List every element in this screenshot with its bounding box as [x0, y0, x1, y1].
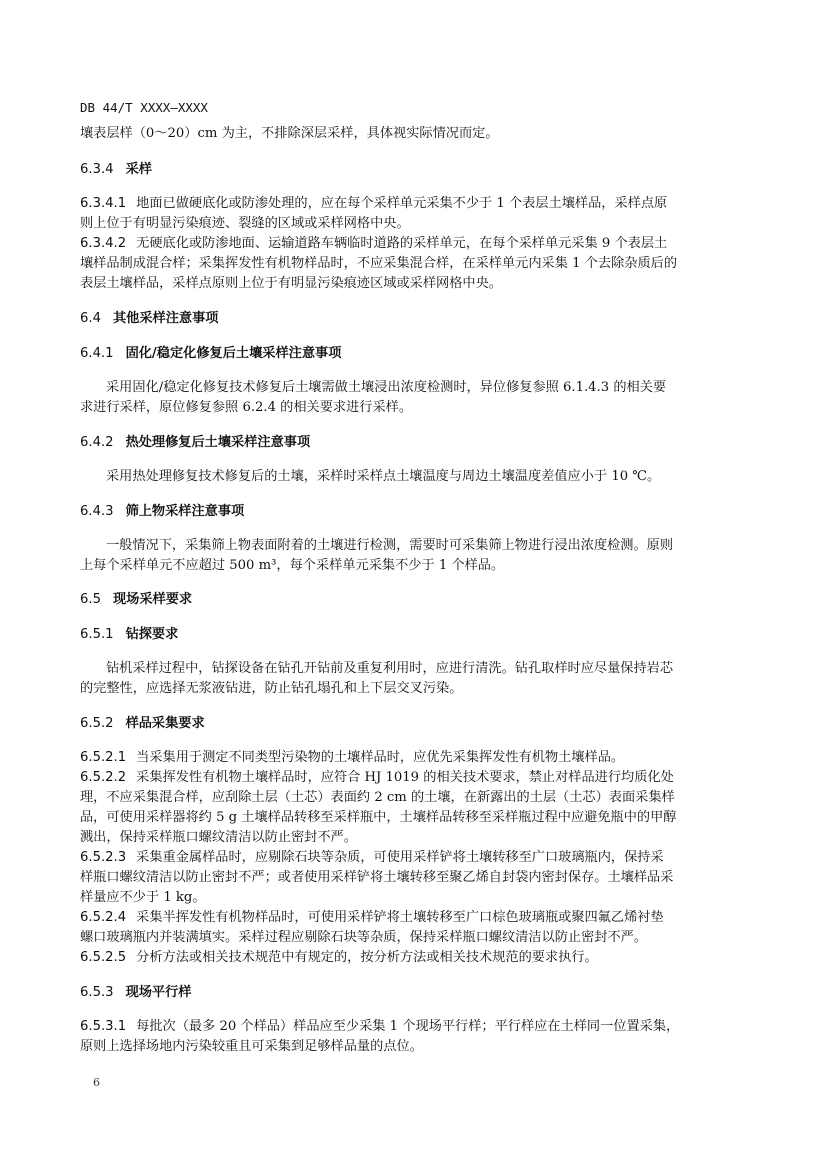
line-text: 求进行采样，原位修复参照 6.2.4 的相关要求进行采样。 [80, 400, 412, 415]
paragraph-line: 壤表层样（0～20）cm 为主，不排除深层采样，具体视实际情况而定。 [80, 124, 730, 144]
section-heading: 6.5.2样品采集要求 [80, 714, 730, 734]
paragraph-line: 6.5.3.1每批次（最多 20 个样品）样品应至少采集 1 个现场平行样；平行… [80, 1017, 730, 1037]
clause-number: 6.5 [80, 592, 101, 607]
clause-number: 6.5.2.2 [80, 770, 126, 785]
line-text: 一般情况下，采集筛上物表面附着的土壤进行检测，需要时可采集筛上物进行浸出浓度检测… [106, 538, 673, 553]
line-text: 壤表层样（0～20）cm 为主，不排除深层采样，具体视实际情况而定。 [80, 126, 499, 141]
clause-number: 6.4.1 [80, 346, 114, 361]
line-text: 理，不应采集混合样，应刮除土层（土芯）表面约 2 cm 的土壤，在新露出的土层（… [80, 790, 675, 805]
paragraph-line: 采用热处理修复技术修复后的土壤，采样时采样点土壤温度与周边土壤温度差值应小于 1… [80, 467, 730, 487]
page-number: 6 [93, 1076, 100, 1089]
section-heading: 6.5现场采样要求 [80, 590, 730, 610]
line-text: 溅出，保持采样瓶口螺纹清洁以防止密封不严。 [80, 830, 357, 845]
clause-number: 6.4.3 [80, 504, 114, 519]
paragraph-line: 6.3.4.2无硬底化或防渗地面、运输道路车辆临时道路的采样单元，在每个采样单元… [80, 234, 730, 254]
paragraph-line: 表层土壤样品，采样点原则上位于有明显污染痕迹区域或采样网格中央。 [80, 274, 730, 294]
heading-text: 现场采样要求 [113, 592, 192, 607]
line-text: 采集挥发性有机物土壤样品时，应符合 HJ 1019 的相关技术要求，禁止对样品进… [136, 770, 674, 785]
line-text: 采集重金属样品时，应剔除石块等杂质，可使用采样铲将土壤转移至广口玻璃瓶内，保持采 [136, 850, 664, 865]
section-heading: 6.5.3现场平行样 [80, 983, 730, 1003]
heading-text: 采样 [126, 162, 152, 177]
clause-number: 6.5.2.4 [80, 910, 126, 925]
paragraph-line: 样量应不少于 1 kg。 [80, 888, 730, 908]
line-text: 表层土壤样品，采样点原则上位于有明显污染痕迹区域或采样网格中央。 [80, 276, 502, 291]
clause-number: 6.5.2.3 [80, 850, 126, 865]
line-text: 则上位于有明显污染痕迹、裂缝的区域或采样网格中央。 [80, 216, 410, 231]
clause-number: 6.4 [80, 311, 101, 326]
section-heading: 6.3.4采样 [80, 160, 730, 180]
paragraph-line: 壤样品制成混合样；采集挥发性有机物样品时，不应采集混合样，在采样单元内采集 1 … [80, 254, 730, 274]
paragraph-line: 的完整性，应选择无浆液钻进，防止钻孔塌孔和上下层交叉污染。 [80, 679, 730, 699]
clause-number: 6.5.1 [80, 627, 114, 642]
line-text: 采用热处理修复技术修复后的土壤，采样时采样点土壤温度与周边土壤温度差值应小于 1… [106, 469, 660, 484]
paragraph-line: 品，可使用采样器将约 5 g 土壤样品转移至采样瓶中，土壤样品转移至采样瓶过程中… [80, 808, 730, 828]
heading-text: 钻探要求 [126, 627, 179, 642]
section-heading: 6.4.1固化/稳定化修复后土壤采样注意事项 [80, 344, 730, 364]
line-text: 上每个采样单元不应超过 500 m³，每个采样单元采集不少于 1 个样品。 [80, 558, 504, 573]
paragraph-line: 采用固化/稳定化修复技术修复后土壤需做土壤浸出浓度检测时，异位修复参照 6.1.… [80, 378, 730, 398]
section-heading: 6.4其他采样注意事项 [80, 309, 730, 329]
paragraph-line: 6.5.2.1当采集用于测定不同类型污染物的土壤样品时，应优先采集挥发性有机物土… [80, 748, 730, 768]
clause-number: 6.5.2.1 [80, 750, 126, 765]
paragraph-line: 则上位于有明显污染痕迹、裂缝的区域或采样网格中央。 [80, 214, 730, 234]
line-text: 原则上选择场地内污染较重且可采集到足够样品量的点位。 [80, 1039, 423, 1054]
line-text: 螺口玻璃瓶内并装满填实。采样过程应剔除石块等杂质，保持采样瓶口螺纹清洁以防止密封… [80, 930, 647, 945]
paragraph-line: 求进行采样，原位修复参照 6.2.4 的相关要求进行采样。 [80, 398, 730, 418]
line-text: 地面已做硬底化或防渗处理的，应在每个采样单元采集不少于 1 个表层土壤样品，采样… [136, 196, 667, 211]
paragraph-line: 螺口玻璃瓶内并装满填实。采样过程应剔除石块等杂质，保持采样瓶口螺纹清洁以防止密封… [80, 928, 730, 948]
line-text: 无硬底化或防渗地面、运输道路车辆临时道路的采样单元，在每个采样单元采集 9 个表… [136, 236, 667, 251]
line-text: 每批次（最多 20 个样品）样品应至少采集 1 个现场平行样；平行样应在土样同一… [136, 1019, 679, 1034]
line-text: 钻机采样过程中，钻探设备在钻孔开钻前及重复利用时，应进行清洗。钻孔取样时应尽量保… [106, 661, 673, 676]
paragraph-line: 上每个采样单元不应超过 500 m³，每个采样单元采集不少于 1 个样品。 [80, 556, 730, 576]
paragraph-line: 样瓶口螺纹清洁以防止密封不严；或者使用采样铲将土壤转移至聚乙烯自封袋内密封保存。… [80, 868, 730, 888]
paragraph-line: 溅出，保持采样瓶口螺纹清洁以防止密封不严。 [80, 828, 730, 848]
line-text: 当采集用于测定不同类型污染物的土壤样品时，应优先采集挥发性有机物土壤样品。 [136, 750, 624, 765]
line-text: 分析方法或相关技术规范中有规定的，按分析方法或相关技术规范的要求执行。 [136, 950, 598, 965]
clause-number: 6.3.4.2 [80, 236, 126, 251]
clause-number: 6.5.2.5 [80, 950, 126, 965]
heading-text: 筛上物采样注意事项 [126, 504, 245, 519]
paragraph-line: 钻机采样过程中，钻探设备在钻孔开钻前及重复利用时，应进行清洗。钻孔取样时应尽量保… [80, 659, 730, 679]
heading-text: 其他采样注意事项 [113, 311, 219, 326]
section-heading: 6.5.1钻探要求 [80, 625, 730, 645]
clause-number: 6.3.4.1 [80, 196, 126, 211]
line-text: 采用固化/稳定化修复技术修复后土壤需做土壤浸出浓度检测时，异位修复参照 6.1.… [106, 380, 666, 395]
clause-number: 6.5.3.1 [80, 1019, 126, 1034]
document-code-header: DB 44/T XXXX—XXXX [80, 100, 208, 115]
line-text: 的完整性，应选择无浆液钻进，防止钻孔塌孔和上下层交叉污染。 [80, 681, 462, 696]
section-heading: 6.4.3筛上物采样注意事项 [80, 502, 730, 522]
line-text: 采集半挥发性有机物样品时，可使用采样铲将土壤转移至广口棕色玻璃瓶或聚四氟乙烯衬垫 [136, 910, 664, 925]
paragraph-line: 6.5.2.4采集半挥发性有机物样品时，可使用采样铲将土壤转移至广口棕色玻璃瓶或… [80, 908, 730, 928]
paragraph-line: 6.5.2.3采集重金属样品时，应剔除石块等杂质，可使用采样铲将土壤转移至广口玻… [80, 848, 730, 868]
line-text: 样量应不少于 1 kg。 [80, 890, 206, 905]
paragraph-line: 理，不应采集混合样，应刮除土层（土芯）表面约 2 cm 的土壤，在新露出的土层（… [80, 788, 730, 808]
paragraph-line: 6.5.2.2采集挥发性有机物土壤样品时，应符合 HJ 1019 的相关技术要求… [80, 768, 730, 788]
section-heading: 6.4.2热处理修复后土壤采样注意事项 [80, 433, 730, 453]
line-text: 样瓶口螺纹清洁以防止密封不严；或者使用采样铲将土壤转移至聚乙烯自封袋内密封保存。… [80, 870, 673, 885]
heading-text: 热处理修复后土壤采样注意事项 [126, 435, 311, 450]
line-text: 品，可使用采样器将约 5 g 土壤样品转移至采样瓶中，土壤样品转移至采样瓶过程中… [80, 810, 676, 825]
paragraph-line: 原则上选择场地内污染较重且可采集到足够样品量的点位。 [80, 1037, 730, 1057]
line-text: 壤样品制成混合样；采集挥发性有机物样品时，不应采集混合样，在采样单元内采集 1 … [80, 256, 677, 271]
clause-number: 6.4.2 [80, 435, 114, 450]
paragraph-line: 一般情况下，采集筛上物表面附着的土壤进行检测，需要时可采集筛上物进行浸出浓度检测… [80, 536, 730, 556]
paragraph-line: 6.3.4.1地面已做硬底化或防渗处理的，应在每个采样单元采集不少于 1 个表层… [80, 194, 730, 214]
heading-text: 现场平行样 [126, 985, 192, 1000]
paragraph-line: 6.5.2.5分析方法或相关技术规范中有规定的，按分析方法或相关技术规范的要求执… [80, 948, 730, 968]
clause-number: 6.5.3 [80, 985, 114, 1000]
clause-number: 6.5.2 [80, 716, 114, 731]
clause-number: 6.3.4 [80, 162, 114, 177]
heading-text: 样品采集要求 [126, 716, 205, 731]
heading-text: 固化/稳定化修复后土壤采样注意事项 [126, 346, 342, 361]
